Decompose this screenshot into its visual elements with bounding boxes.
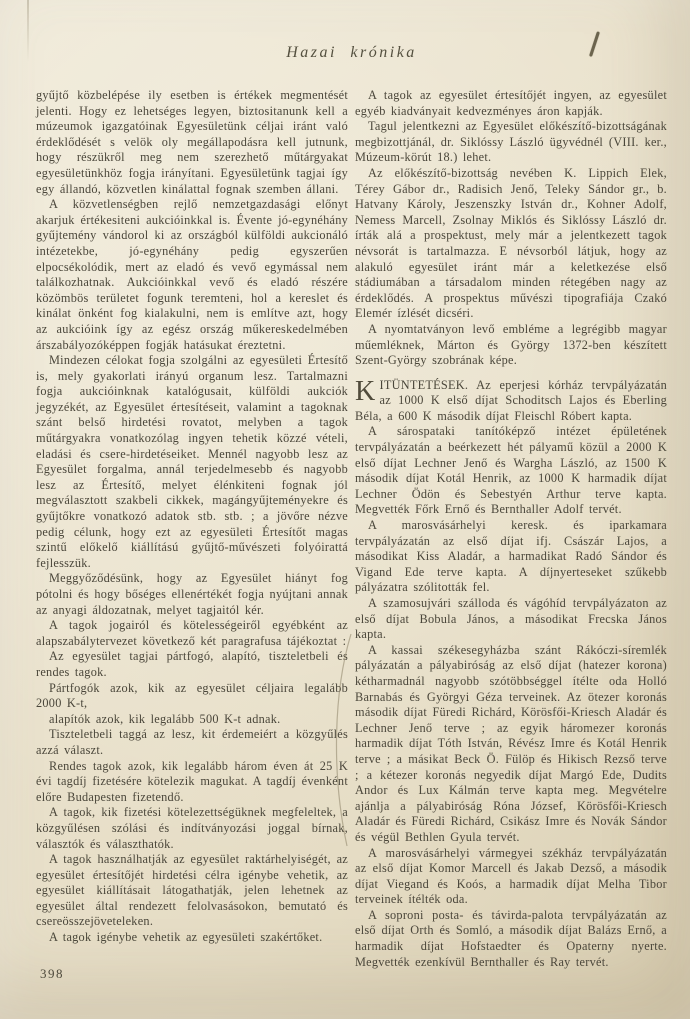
paragraph: Pártfogók azok, kik az egyesület céljair… — [36, 681, 348, 712]
paragraph: A kassai székesegyházba szánt Rákóczi-sí… — [355, 643, 667, 846]
text-columns: gyűjtő közbelépése ily esetben is értéke… — [36, 88, 667, 970]
paragraph: A soproni posta- és távirda-palota tervp… — [355, 908, 667, 970]
page-number: 398 — [40, 966, 64, 982]
paragraph: gyűjtő közbelépése ily esetben is értéke… — [36, 88, 348, 197]
page-crease — [27, 0, 29, 62]
paragraph: A tagok igénybe vehetik az egyesületi sz… — [36, 930, 348, 946]
paragraph: A szamosujvári szálloda és vágóhíd tervp… — [355, 596, 667, 643]
paragraph: A közvetlenségben rejlő nemzetgazdasági … — [36, 197, 348, 353]
paragraph: Az előkészítő-bizottság nevében K. Lippi… — [355, 166, 667, 322]
right-column: A tagok az egyesület értesítőjét ingyen,… — [355, 88, 667, 970]
paragraph: Az egyesület tagjai pártfogó, alapító, t… — [36, 649, 348, 680]
left-column: gyűjtő közbelépése ily esetben is értéke… — [36, 88, 348, 970]
paragraph: A tagok az egyesület értesítőjét ingyen,… — [355, 88, 667, 119]
paragraph: alapítók azok, kik legalább 500 K-t adna… — [36, 712, 348, 728]
paragraph: Tagul jelentkezni az Egyesület előkészít… — [355, 119, 667, 166]
paragraph: A tagok használhatják az egyesület raktá… — [36, 852, 348, 930]
paragraph: A sárospataki tanítóképző intézet épület… — [355, 424, 667, 518]
paragraph: Mindezen célokat fogja szolgálni az egye… — [36, 353, 348, 571]
dropcap-initial: K — [355, 378, 379, 405]
paragraph: Rendes tagok azok, kik legalább három év… — [36, 759, 348, 806]
paragraph: KITÜNTETÉSEK. Az eperjesi kórház tervpál… — [355, 378, 667, 425]
page-title: Hazai krónika — [36, 44, 667, 62]
paragraph: A tagok, kik fizetési kötelezettségüknek… — [36, 805, 348, 852]
paragraph: A nyomtatványon levő embléme a legrégibb… — [355, 322, 667, 369]
paragraph: A tagok jogairól és kötelességeiről egyé… — [36, 618, 348, 649]
paragraph: A marosvásárhelyi vármegyei székház terv… — [355, 846, 667, 908]
paragraph: Meggyőződésünk, hogy az Egyesület hiányt… — [36, 571, 348, 618]
paragraph: A marosvásárhelyi keresk. és iparkamara … — [355, 518, 667, 596]
paragraph: Tiszteletbeli taggá az lesz, kit érdemei… — [36, 727, 348, 758]
